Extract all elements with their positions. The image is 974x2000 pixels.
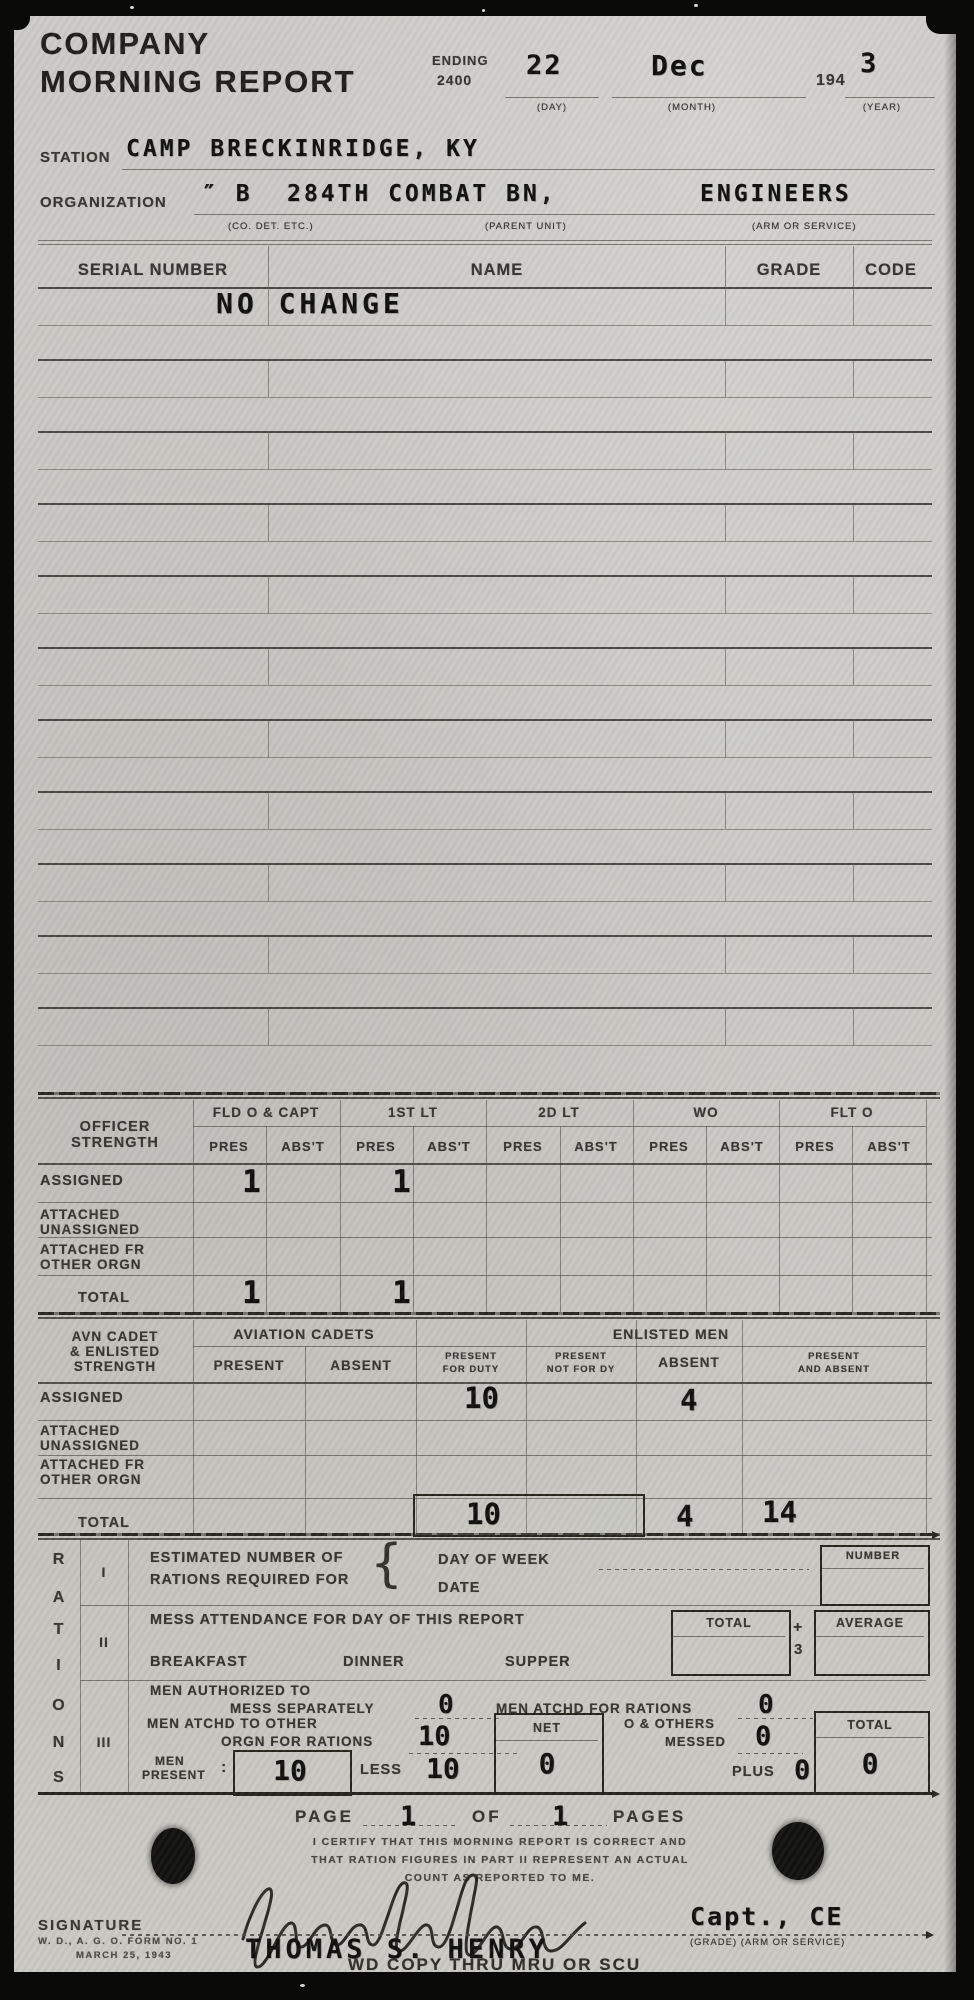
officer-col-pres: PRES bbox=[503, 1140, 542, 1154]
officer-col-pres: PRES bbox=[356, 1140, 395, 1154]
rations-total-box-label: TOTAL bbox=[847, 1719, 893, 1732]
roster-row-blank bbox=[38, 503, 932, 542]
rations-men-authorized-label1: MEN AUTHORIZED TO bbox=[150, 1684, 311, 1698]
rations-total-value: 0 bbox=[862, 1750, 879, 1778]
photo-corner-blob bbox=[0, 0, 30, 30]
page-label: PAGE bbox=[295, 1808, 354, 1826]
rations-o-others-label1: O & OTHERS bbox=[624, 1717, 715, 1731]
station-field: CAMP BRECKINRIDGE, KY bbox=[126, 138, 480, 161]
org-sublabel-co: (CO. DET. ETC.) bbox=[228, 222, 314, 232]
grade-arm-sublabel: (GRADE) (ARM OR SERVICE) bbox=[690, 1938, 845, 1948]
enlisted-col-present-for-duty2: FOR DUTY bbox=[443, 1365, 500, 1375]
officer-col-abst: ABS'T bbox=[574, 1140, 617, 1154]
rations-estimated-label1: ESTIMATED NUMBER OF bbox=[150, 1551, 344, 1566]
form-paper: COMPANY MORNING REPORT ENDING 2400 22 (D… bbox=[14, 16, 956, 1972]
rations-letter: A bbox=[53, 1590, 66, 1607]
rations-letter: R bbox=[53, 1552, 66, 1569]
scanned-morning-report: COMPANY MORNING REPORT ENDING 2400 22 (D… bbox=[0, 0, 974, 2000]
day-sublabel: (DAY) bbox=[537, 103, 567, 113]
rations-day-of-week-label: DAY OF WEEK bbox=[438, 1553, 550, 1568]
rations-divisor: 3 bbox=[794, 1642, 803, 1658]
rations-letter: S bbox=[53, 1770, 65, 1787]
form-number-line2: MARCH 25, 1943 bbox=[76, 1951, 172, 1961]
rations-less-value: 10 bbox=[426, 1755, 460, 1783]
organization-company-field: ″ B bbox=[202, 183, 253, 206]
rations-men-authorized-label2: MESS SEPARATELY bbox=[230, 1702, 375, 1716]
rations-atchd-other-label1: MEN ATCHD TO OTHER bbox=[147, 1717, 318, 1731]
officer-row-assigned: ASSIGNED bbox=[40, 1174, 124, 1189]
punch-hole-right bbox=[772, 1822, 824, 1880]
rations-men-present-label2: PRESENT bbox=[142, 1769, 206, 1782]
roster-row-blank bbox=[38, 1007, 932, 1046]
enlisted-group-enlisted-men: ENLISTED MEN bbox=[613, 1327, 729, 1342]
officer-strength-label1: OFFICER bbox=[80, 1120, 151, 1135]
rations-letter: O bbox=[52, 1698, 65, 1715]
ending-label: ENDING bbox=[432, 54, 489, 68]
rations-men-atchd-for-rations-value: 0 bbox=[758, 1692, 774, 1718]
officer-assigned-1stlt-pres-value: 1 bbox=[392, 1167, 411, 1198]
officer-col-pres: PRES bbox=[649, 1140, 688, 1154]
officer-row-total: TOTAL bbox=[78, 1291, 130, 1306]
enlisted-row-assigned: ASSIGNED bbox=[40, 1391, 124, 1406]
enlisted-row-attached1: ATTACHED bbox=[40, 1424, 120, 1438]
enlisted-strength-label2: & ENLISTED bbox=[70, 1345, 160, 1359]
film-speck bbox=[130, 6, 134, 9]
rations-men-present-label1: MEN bbox=[155, 1755, 185, 1768]
officer-row-attached2: ATTACHED FR bbox=[40, 1243, 145, 1257]
rations-o-others-label2: MESSED bbox=[665, 1735, 726, 1749]
officer-group-1st-lt: 1ST LT bbox=[388, 1106, 438, 1120]
roster-row-blank bbox=[38, 647, 932, 686]
month-sublabel: (MONTH) bbox=[668, 103, 716, 113]
officer-row-attached2b: OTHER ORGN bbox=[40, 1258, 142, 1272]
enlisted-strength-label1: AVN CADET bbox=[72, 1330, 159, 1344]
month-field: Dec bbox=[651, 52, 708, 80]
organization-unit-field: 284TH COMBAT BN, bbox=[287, 183, 557, 206]
officer-total-fldo-pres-value: 1 bbox=[242, 1278, 261, 1309]
rations-plus-sign: + bbox=[793, 1620, 803, 1637]
film-speck bbox=[694, 4, 698, 7]
form-number-line1: W. D., A. G. O. FORM NO. 1 bbox=[38, 1937, 198, 1947]
cadet-col-present: PRESENT bbox=[214, 1359, 285, 1373]
rations-plus-label: PLUS bbox=[732, 1765, 775, 1780]
officer-row-attached1b: UNASSIGNED bbox=[40, 1223, 140, 1237]
roster-col-name: NAME bbox=[471, 262, 524, 279]
rations-letter: N bbox=[53, 1735, 66, 1752]
ending-time: 2400 bbox=[437, 73, 472, 88]
officer-col-abst: ABS'T bbox=[427, 1140, 470, 1154]
roster-row-blank bbox=[38, 431, 932, 470]
officer-col-abst: ABS'T bbox=[281, 1140, 324, 1154]
rations-breakfast-label: BREAKFAST bbox=[150, 1655, 248, 1670]
organization-arm-field: ENGINEERS bbox=[700, 183, 852, 206]
enlisted-total-present-and-absent-value: 14 bbox=[762, 1498, 797, 1527]
rations-part2-numeral: II bbox=[99, 1635, 109, 1650]
enlisted-assigned-present-for-duty-value: 10 bbox=[464, 1384, 499, 1413]
rations-men-present-value: 10 bbox=[273, 1757, 307, 1785]
wd-copy-routing-line: WD COPY THRU MRU OR SCU bbox=[348, 1956, 641, 1972]
roster-row-entry bbox=[38, 287, 932, 326]
cadet-col-absent: ABSENT bbox=[330, 1359, 392, 1373]
roster-row-blank bbox=[38, 863, 932, 902]
enlisted-row-attached2: ATTACHED FR bbox=[40, 1458, 145, 1472]
form-title-line1: COMPANY bbox=[40, 28, 210, 61]
roster-row-blank bbox=[38, 935, 932, 974]
rations-letter: T bbox=[54, 1622, 65, 1639]
enlisted-total-present-for-duty-value: 10 bbox=[466, 1500, 501, 1529]
enlisted-col-absent: ABSENT bbox=[658, 1356, 720, 1370]
rations-less-label: LESS bbox=[360, 1763, 402, 1778]
officer-col-pres: PRES bbox=[795, 1140, 834, 1154]
enlisted-row-total: TOTAL bbox=[78, 1516, 130, 1531]
rations-net-box-label: NET bbox=[533, 1722, 561, 1735]
station-label: STATION bbox=[40, 150, 111, 166]
officer-col-pres: PRES bbox=[209, 1140, 248, 1154]
grade-arm-field: Capt., CE bbox=[690, 1904, 843, 1929]
brace-glyph: { bbox=[370, 1534, 403, 1594]
enlisted-assigned-absent-value: 4 bbox=[680, 1386, 697, 1415]
officer-strength-label2: STRENGTH bbox=[71, 1136, 159, 1151]
roster-row-blank bbox=[38, 719, 932, 758]
rations-number-box-label: NUMBER bbox=[846, 1551, 900, 1563]
pages-label: PAGES bbox=[613, 1808, 686, 1826]
year-printed: 194 bbox=[816, 73, 846, 90]
paper-edge-shadow bbox=[944, 16, 956, 1972]
photo-border-left bbox=[0, 0, 14, 2000]
pages-total-value: 1 bbox=[552, 1803, 568, 1830]
rations-supper-label: SUPPER bbox=[505, 1655, 571, 1670]
organization-label: ORGANIZATION bbox=[40, 195, 167, 211]
year-sublabel: (YEAR) bbox=[863, 103, 901, 113]
of-label: OF bbox=[472, 1808, 502, 1826]
photo-corner-blob bbox=[926, 0, 974, 34]
certification-line1: I CERTIFY THAT THIS MORNING REPORT IS CO… bbox=[313, 1837, 687, 1848]
rations-colon: : bbox=[221, 1760, 227, 1777]
rations-atchd-other-label2: ORGN FOR RATIONS bbox=[221, 1735, 373, 1749]
enlisted-col-present-not-for-dy1: PRESENT bbox=[555, 1352, 607, 1362]
officer-assigned-fldo-pres-value: 1 bbox=[242, 1167, 261, 1198]
enlisted-col-present-not-for-dy2: NOT FOR DY bbox=[547, 1365, 616, 1375]
rations-estimated-label2: RATIONS REQUIRED FOR bbox=[150, 1573, 349, 1588]
enlisted-col-present-and-absent2: AND ABSENT bbox=[798, 1365, 870, 1375]
rations-average-box-label: AVERAGE bbox=[836, 1617, 904, 1630]
roster-col-code: CODE bbox=[865, 262, 917, 279]
officer-group-fldo-capt: FLD O & CAPT bbox=[213, 1106, 320, 1120]
rations-mess-total-box-label: TOTAL bbox=[706, 1617, 752, 1630]
officer-col-abst: ABS'T bbox=[720, 1140, 763, 1154]
org-sublabel-arm: (ARM OR SERVICE) bbox=[752, 222, 857, 232]
rations-mess-attendance-label: MESS ATTENDANCE FOR DAY OF THIS REPORT bbox=[150, 1613, 525, 1628]
enlisted-strength-label3: STRENGTH bbox=[74, 1360, 156, 1374]
enlisted-row-attached1b: UNASSIGNED bbox=[40, 1439, 140, 1453]
photo-border-right bbox=[956, 0, 974, 2000]
rations-plus-value: 0 bbox=[794, 1757, 810, 1784]
enlisted-row-attached2b: OTHER ORGN bbox=[40, 1473, 142, 1487]
signature-label: SIGNATURE bbox=[38, 1918, 143, 1934]
roster-entry-no-change: NO CHANGE bbox=[216, 290, 404, 318]
rations-atchd-other-value: 10 bbox=[418, 1723, 451, 1750]
film-speck bbox=[300, 1984, 305, 1987]
year-field: 3 bbox=[860, 50, 876, 77]
rations-net-value: 0 bbox=[539, 1750, 556, 1778]
rations-dinner-label: DINNER bbox=[343, 1655, 405, 1670]
rations-date-label: DATE bbox=[438, 1581, 480, 1596]
film-speck bbox=[482, 9, 485, 12]
enlisted-col-present-for-duty1: PRESENT bbox=[445, 1352, 497, 1362]
photo-border-top bbox=[0, 0, 974, 16]
officer-total-1stlt-pres-value: 1 bbox=[392, 1278, 411, 1309]
officer-row-attached1: ATTACHED bbox=[40, 1208, 120, 1222]
roster-row-blank bbox=[38, 791, 932, 830]
org-sublabel-parent: (PARENT UNIT) bbox=[485, 222, 567, 232]
enlisted-total-absent-value: 4 bbox=[676, 1502, 693, 1531]
rations-mess-separately-value: 0 bbox=[438, 1692, 454, 1718]
roster-col-serial: SERIAL NUMBER bbox=[78, 262, 228, 279]
roster-col-grade: GRADE bbox=[757, 262, 822, 279]
page-number-value: 1 bbox=[400, 1803, 416, 1830]
roster-row-blank bbox=[38, 359, 932, 398]
rations-part1-numeral: I bbox=[102, 1565, 107, 1580]
rations-letter: I bbox=[56, 1658, 61, 1675]
form-title-line2: MORNING REPORT bbox=[40, 66, 356, 99]
enlisted-group-aviation-cadets: AVIATION CADETS bbox=[233, 1327, 374, 1342]
enlisted-total-emphasis-box bbox=[413, 1494, 645, 1537]
punch-hole-left bbox=[151, 1828, 195, 1884]
rations-o-others-value: 0 bbox=[755, 1723, 771, 1750]
roster-row-blank bbox=[38, 575, 932, 614]
officer-group-wo: WO bbox=[693, 1106, 718, 1120]
enlisted-col-present-and-absent1: PRESENT bbox=[808, 1352, 860, 1362]
officer-group-2d-lt: 2D LT bbox=[538, 1106, 580, 1120]
officer-col-abst: ABS'T bbox=[867, 1140, 910, 1154]
day-field: 22 bbox=[526, 52, 563, 79]
officer-group-flt-o: FLT O bbox=[831, 1106, 874, 1120]
photo-border-bottom bbox=[0, 1972, 974, 2000]
rations-part3-numeral: III bbox=[97, 1735, 112, 1750]
